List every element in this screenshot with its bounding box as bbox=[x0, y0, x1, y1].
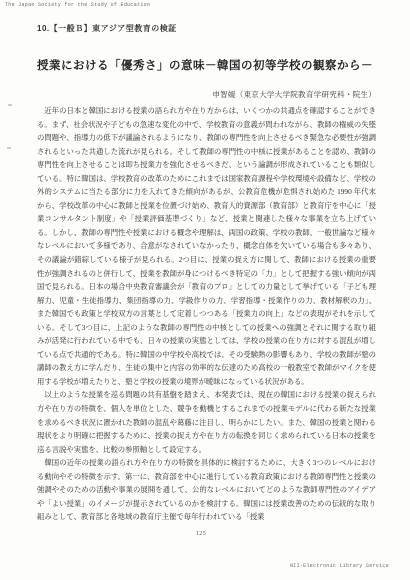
library-footer: NII-Electronic Library Service bbox=[290, 563, 389, 569]
document-page: The Japan Society for the Study of Educa… bbox=[0, 0, 410, 580]
scan-speck bbox=[7, 147, 11, 149]
library-header: The Japan Society for the Study of Educa… bbox=[5, 2, 150, 8]
paragraph-1: 近年の日本と韓国における授業の語られ方や在り方からは、いくつかの共通点を確認する… bbox=[37, 104, 376, 388]
body-text: 近年の日本と韓国における授業の語られ方や在り方からは、いくつかの共通点を確認する… bbox=[37, 104, 376, 524]
section-heading: 10.【一般Ｂ】東アジア型教育の検証 bbox=[37, 23, 177, 34]
author-line: 申智媛（東京大学大学院教育学研究科・院生） bbox=[212, 89, 376, 100]
paragraph-2: 以上のような授業を巡る問題の共有基盤を踏まえ、本発表では、現在の韓国における授業… bbox=[37, 388, 376, 456]
page-number: 125 bbox=[0, 531, 402, 537]
paragraph-3: 韓国の近年の授業の語られ方や在り方の特徴を具体的に検討するために、大きく3つのレ… bbox=[37, 456, 376, 524]
paper-title: 授業における「優秀さ」の意味－韓国の初等学校の観察から－ bbox=[0, 57, 410, 73]
scan-speck bbox=[8, 104, 12, 106]
